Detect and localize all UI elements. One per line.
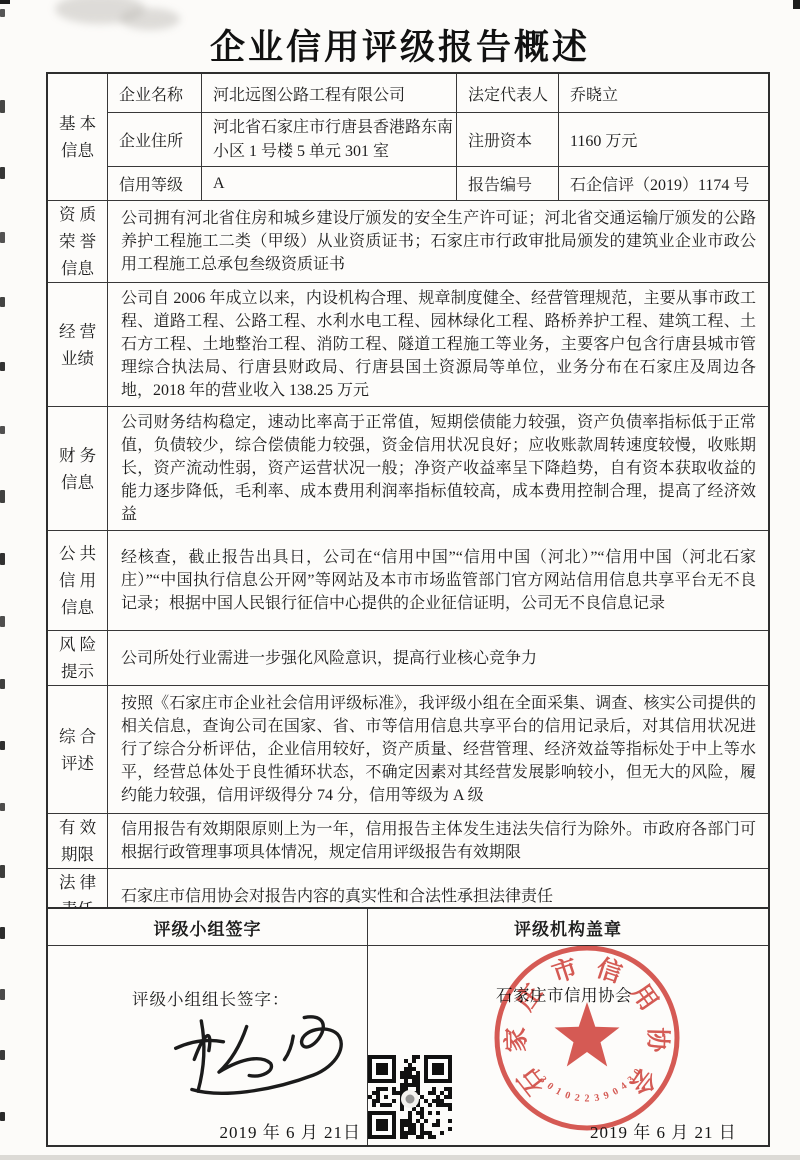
scan-edge-mark — [0, 167, 5, 179]
team-signature-date: 2019 年 6 月 21日 — [220, 1118, 362, 1143]
scan-corner-mark — [793, 0, 800, 9]
scan-edge-mark — [0, 1112, 5, 1121]
scan-smudge — [120, 8, 180, 30]
section-text-business-performance: 公司自 2006 年成立以来，内设机构合理、规章制度健全、经营管理规范，主要从事… — [107, 282, 768, 406]
field-value-company-address: 河北省石家庄市行唐县香港路东南小区 1 号楼 5 单元 301 室 — [201, 112, 456, 166]
paragraph: 公司财务结构稳定，速动比率高于正常值，短期偿债能力较强，资产负债率指标低于正常值… — [108, 407, 768, 530]
scan-edge-mark — [0, 426, 5, 434]
section-label-business-performance: 经 营 业绩 — [48, 282, 107, 406]
svg-text:3: 3 — [626, 1074, 637, 1085]
paragraph: 信用报告有效期限原则上为一年，信用报告主体发生违法失信行为除外。市政府各部门可根… — [108, 814, 768, 868]
paragraph: 公司拥有河北省住房和城乡建设厅颁发的安全生产许可证；河北省交通运输厅颁发的公路养… — [108, 203, 768, 280]
scan-edge-mark — [0, 803, 5, 811]
svg-text:0: 0 — [563, 1090, 571, 1102]
rating-agency-name: 石家庄市信用协会 — [496, 982, 632, 1006]
scan-edge-mark — [0, 679, 5, 689]
svg-text:石: 石 — [513, 1063, 550, 1100]
section-label-qualifications: 资 质 荣 誉 信息 — [48, 200, 107, 282]
section-text-comprehensive-review: 按照《石家庄市企业社会信用评级标准》，我评级小组在全面采集、调查、核实公司提供的… — [107, 685, 768, 813]
svg-text:3: 3 — [594, 1092, 601, 1104]
scan-bottom-strip — [0, 1155, 800, 1160]
scan-edge-mark — [0, 989, 5, 1000]
section-label-validity-period: 有 效 期限 — [48, 813, 107, 868]
section-text-public-credit: 经核查，截止报告出具日，公司在“信用中国”“信用中国（河北）”“信用中国（河北石… — [107, 530, 768, 630]
section-text-risk-notice: 公司所处行业需进一步强化风险意识，提高行业核心竞争力 — [107, 630, 768, 685]
field-label-company-name: 企业名称 — [107, 74, 201, 112]
svg-text:0: 0 — [545, 1081, 556, 1093]
scan-edge-mark — [0, 100, 5, 113]
section-label-public-credit: 公 共 信 用 信息 — [48, 530, 107, 630]
section-label-basic-info: 基 本 信息 — [48, 74, 107, 200]
field-value-credit-grade: A — [201, 166, 456, 200]
svg-text:9: 9 — [602, 1090, 610, 1102]
field-label-registered-capital: 注册资本 — [456, 112, 558, 166]
svg-text:1: 1 — [554, 1086, 564, 1098]
agency-seal-date: 2019 年 6 月 21 日 — [590, 1118, 737, 1143]
page-title: 企业信用评级报告概述 — [0, 20, 800, 70]
report-page: 企业信用评级报告概述 基 本 信息 企业名称 河北远图公路工程有限公司 法定代表… — [0, 0, 800, 1160]
section-text-qualifications: 公司拥有河北省住房和城乡建设厅颁发的安全生产许可证；河北省交通运输厅颁发的公路养… — [107, 200, 768, 282]
main-table: 基 本 信息 企业名称 河北远图公路工程有限公司 法定代表人 乔晓立 企业住所 … — [46, 72, 770, 925]
scan-edge-mark — [0, 927, 5, 939]
field-value-company-name: 河北远图公路工程有限公司 — [201, 74, 456, 112]
scan-edge-mark — [0, 297, 5, 307]
section-text-financial-info: 公司财务结构稳定，速动比率高于正常值，短期偿债能力较强，资产负债率指标低于正常值… — [107, 406, 768, 530]
scan-edge-mark — [0, 616, 5, 627]
section-label-risk-notice: 风 险 提示 — [48, 630, 107, 685]
svg-text:会: 会 — [624, 1063, 662, 1101]
signature-area-left: 评级小组组长签字： 2019 年 6 月 21日 — [48, 945, 367, 1145]
header-rating-team-signature: 评级小组签字 — [48, 909, 367, 945]
svg-text:1: 1 — [530, 1067, 542, 1077]
scan-corner-mark — [0, 0, 10, 4]
scan-edge-mark — [0, 9, 5, 17]
scan-edge-mark — [0, 362, 5, 371]
field-label-report-number: 报告编号 — [456, 166, 558, 200]
field-value-registered-capital: 1160 万元 — [558, 112, 768, 166]
header-rating-agency-seal: 评级机构盖章 — [367, 909, 768, 945]
star-icon — [555, 1002, 620, 1067]
signature-table: 评级小组签字 评级机构盖章 评级小组组长签字： 2019 年 6 月 21日 石… — [46, 907, 770, 1147]
scan-edge-mark — [0, 232, 5, 243]
scan-edge-mark — [0, 553, 5, 565]
scan-edge-mark — [0, 865, 5, 878]
red-seal-stamp: 石家庄市信用协会 1301022390430 — [475, 926, 699, 1150]
svg-text:3: 3 — [537, 1074, 548, 1085]
paragraph: 按照《石家庄市企业社会信用评级标准》，我评级小组在全面采集、调查、核实公司提供的… — [108, 688, 768, 811]
handwritten-signature — [158, 999, 359, 1105]
svg-text:协: 协 — [643, 1027, 672, 1054]
svg-text:2: 2 — [574, 1092, 581, 1104]
field-label-company-address: 企业住所 — [107, 112, 201, 166]
svg-text:家: 家 — [502, 1027, 531, 1053]
paragraph: 经核查，截止报告出具日，公司在“信用中国”“信用中国（河北）”“信用中国（河北石… — [108, 542, 768, 619]
scan-edge-mark — [0, 741, 5, 750]
svg-text:2: 2 — [585, 1094, 590, 1105]
svg-text:0: 0 — [611, 1086, 621, 1098]
section-text-validity-period: 信用报告有效期限原则上为一年，信用报告主体发生违法失信行为除外。市政府各部门可根… — [107, 813, 768, 868]
field-value-legal-representative: 乔晓立 — [558, 74, 768, 112]
field-label-credit-grade: 信用等级 — [107, 166, 201, 200]
paragraph: 公司自 2006 年成立以来，内设机构合理、规章制度健全、经营管理规范，主要从事… — [108, 283, 768, 406]
field-label-legal-representative: 法定代表人 — [456, 74, 558, 112]
section-label-financial-info: 财 务 信息 — [48, 406, 107, 530]
stamp-ring-text: 石家庄市信用协会 — [502, 953, 672, 1101]
svg-text:4: 4 — [619, 1081, 630, 1093]
paragraph: 公司所处行业需进一步强化风险意识，提高行业核心竞争力 — [108, 643, 549, 674]
scan-edge-mark — [0, 1050, 5, 1060]
stamp-code-text: 1301022390430 — [530, 1067, 643, 1105]
svg-text:0: 0 — [632, 1067, 644, 1077]
scan-edge-mark — [0, 490, 5, 503]
section-label-comprehensive-review: 综 合 评述 — [48, 685, 107, 813]
field-value-report-number: 石企信评（2019）1174 号 — [558, 166, 768, 200]
qr-code — [368, 1055, 452, 1139]
seal-area-right: 石家庄市信用协会 石家庄市信用协会 1301022390430 2019 年 6… — [367, 945, 768, 1145]
